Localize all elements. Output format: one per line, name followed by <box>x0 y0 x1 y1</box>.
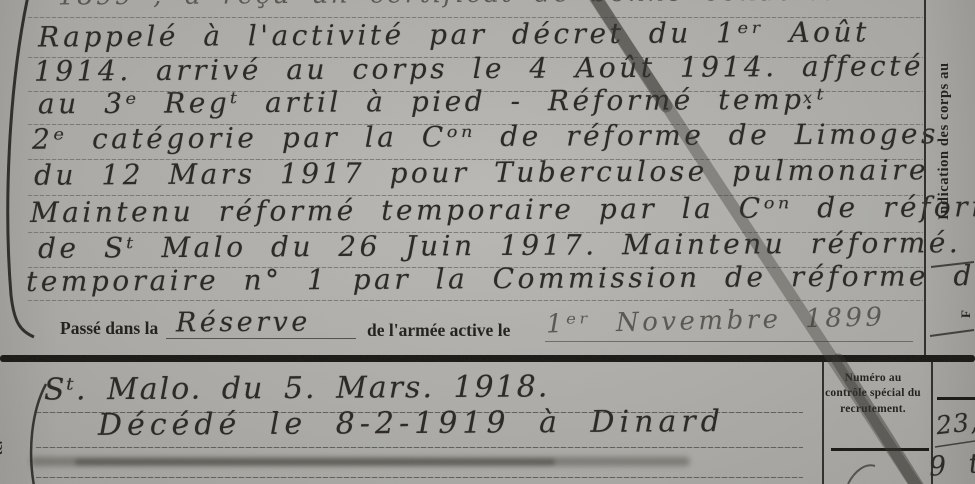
transfer-line-prefix: Passé dans la <box>60 318 158 339</box>
control-box-flourish <box>848 465 875 484</box>
handwritten-entry-5: du 12 Mars 1917 pour Tuberculose pulmona… <box>34 156 929 189</box>
handwritten-entry-2: 1914. arrivé au corps le 4 Août 1914. af… <box>34 52 924 85</box>
left-margin-edge-fragment: te. <box>0 441 7 455</box>
ruling-line <box>28 300 923 301</box>
number-cell-underline <box>935 441 975 447</box>
pencil-smudge <box>75 459 555 465</box>
handwritten-entry-place-date: Sᵗ. Malo. du 5. Mars. 1918. <box>44 372 550 405</box>
handwritten-entry-7: de Sᵗ Malo du 26 Juin 1917. Maintenu réf… <box>38 229 961 263</box>
margin-column-label: Indication des corps au <box>936 2 953 220</box>
handwritten-entry-deceased: Décédé le 8-2-1919 à Dinard <box>98 407 725 441</box>
margin-edge-fragment: F <box>958 310 974 318</box>
scanned-military-register-page: 1899 ; a reçu un certificat de bonne con… <box>0 0 975 484</box>
handwritten-entry-0: 1899 ; a reçu un certificat de bonne con… <box>58 0 870 9</box>
handwritten-entry-8: temporaire n° 1 par la Commission de réf… <box>26 262 975 296</box>
ruling-line <box>36 447 803 448</box>
transfer-line-suffix: de l'armée active le <box>367 320 510 341</box>
handwritten-entry-1: Rappelé à l'activité par décret du 1ᵉʳ A… <box>38 18 870 51</box>
control-number-value: 23, <box>935 409 975 438</box>
margin-column-line <box>924 0 926 355</box>
section-divider-line <box>0 355 975 362</box>
control-box-label: Numéro au contrôle spécial du recrutemen… <box>823 371 923 417</box>
ruling-line <box>36 477 803 478</box>
write-in-rule <box>545 341 913 342</box>
control-number-note: 9 t <box>928 450 975 481</box>
annotation-x-mark: x <box>803 90 812 106</box>
handwritten-entry-6: Maintenu réformé temporaire par la Cᵒⁿ d… <box>30 193 975 227</box>
margin-short-rule <box>930 330 974 336</box>
number-cell-topline <box>937 397 975 400</box>
handwritten-entry-3: au 3ᵉ Regᵗ artil à pied - Réformé temp.ᵗ <box>38 86 827 119</box>
transfer-date-value: 1ᵉʳ Novembre 1899 <box>546 304 886 337</box>
control-box-underline <box>831 448 929 451</box>
handwritten-entry-4: 2ᵉ catégorie par la Cᵒⁿ de réforme de Li… <box>32 120 939 154</box>
transfer-branch-value: Réserve <box>176 309 311 337</box>
